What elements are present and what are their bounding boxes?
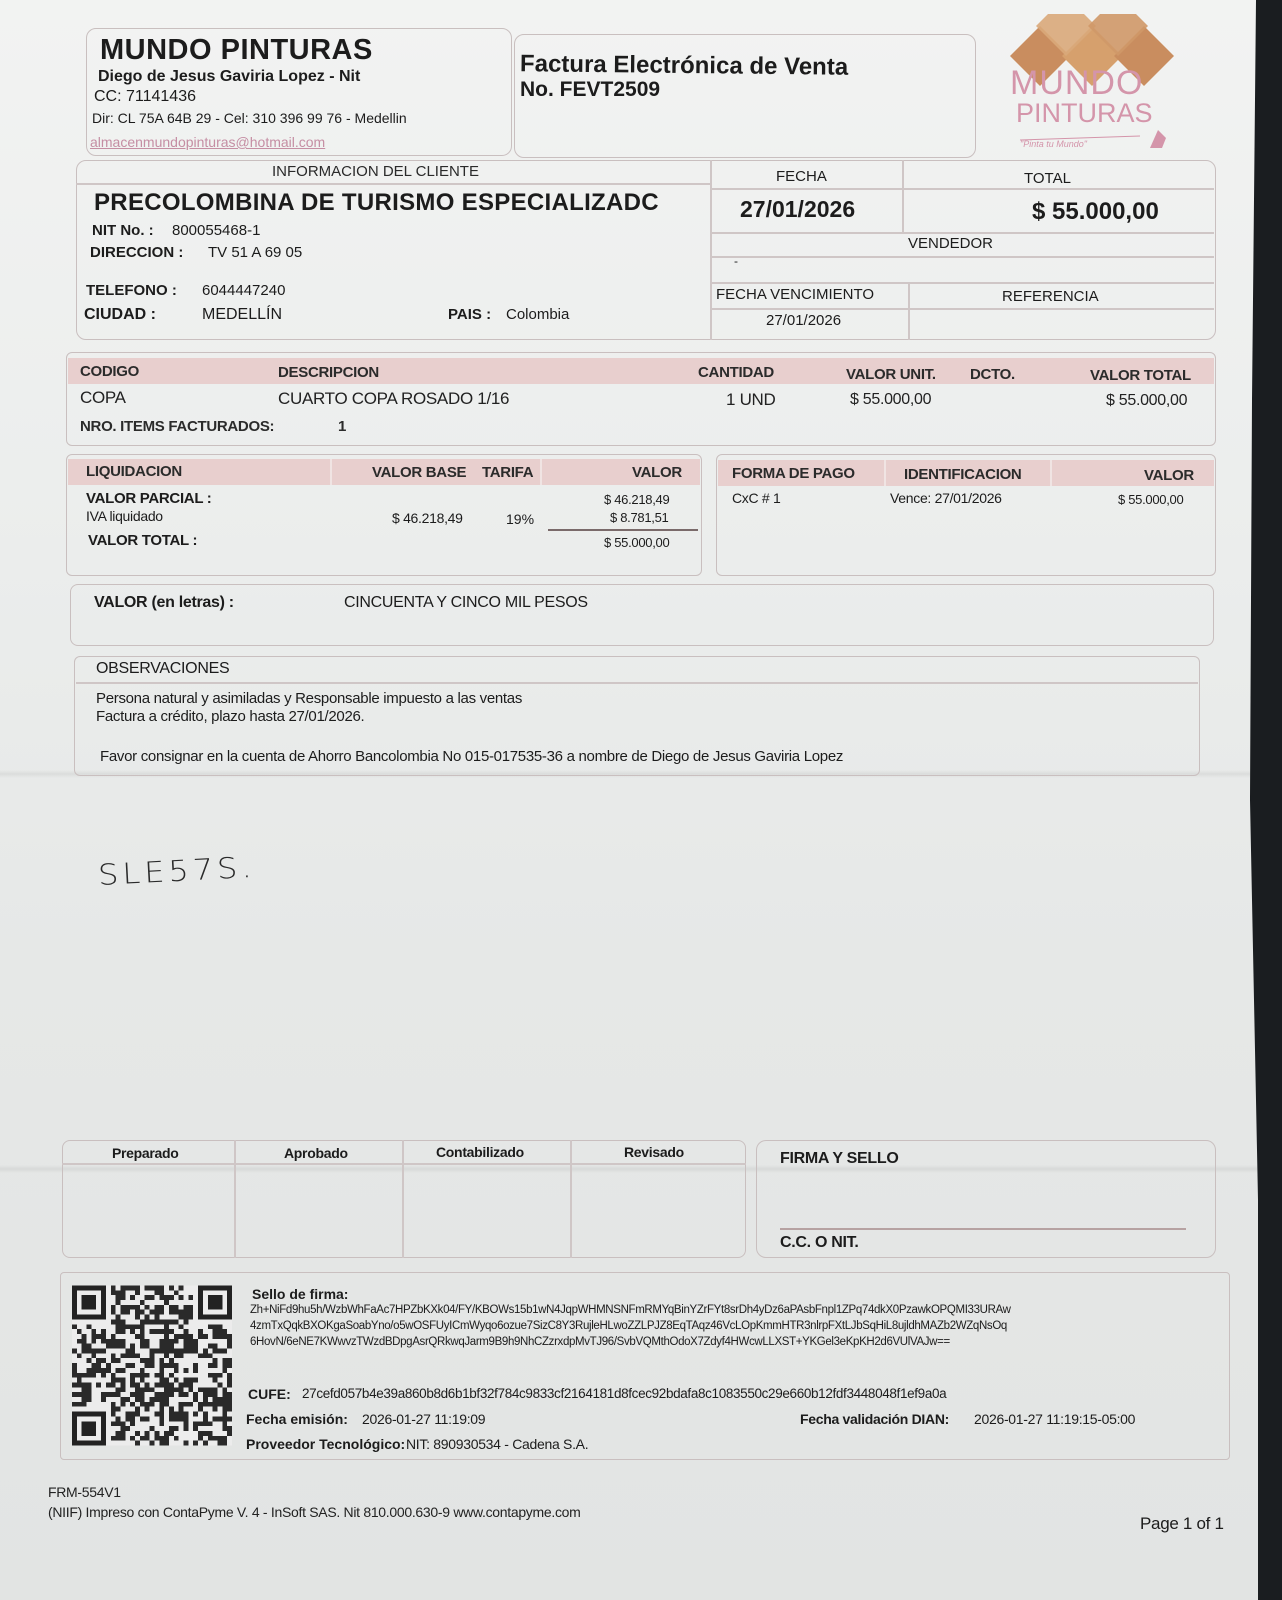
issuer-address: Dir: CL 75A 64B 29 - Cel: 310 396 99 76 …: [92, 110, 407, 126]
signature-label: FIRMA Y SELLO: [780, 1150, 898, 1168]
qr-code-icon: [72, 1283, 232, 1448]
payment-value: $ 55.000,00: [1118, 492, 1183, 507]
logo-tagline: "Pinta tu Mundo": [1020, 139, 1087, 149]
col-liquidacion: LIQUIDACION: [86, 463, 182, 480]
amount-words-box: [70, 584, 1214, 646]
item-description: CUARTO COPA ROSADO 1/16: [278, 389, 509, 409]
col-cantidad: CANTIDAD: [698, 364, 774, 381]
partial-value: $ 46.218,49: [604, 492, 669, 507]
company-name: MUNDO PINTURAS: [100, 34, 373, 67]
iva-value: $ 8.781,51: [610, 510, 668, 525]
observation-line-3: Favor consignar en la cuenta de Ahorro B…: [100, 748, 843, 765]
col-dcto: DCTO.: [970, 366, 1015, 383]
observation-line-1: Persona natural y asimiladas y Responsab…: [96, 690, 522, 707]
approval-revisado: Revisado: [624, 1144, 684, 1160]
approval-contabilizado: Contabilizado: [436, 1144, 524, 1160]
electronic-seal-box: [60, 1272, 1230, 1460]
observations-label: OBSERVACIONES: [96, 660, 229, 678]
partial-value-label: VALOR PARCIAL :: [86, 490, 212, 507]
seal-line-1: Zh+NiFd9hu5h/WzbWhFaAc7HPZbKXk04/FY/KBOW…: [250, 1304, 1011, 1316]
col-tarifa: TARIFA: [482, 464, 533, 481]
items-count: 1: [338, 418, 346, 435]
client-nit-label: NIT No. :: [92, 222, 154, 239]
items-count-label: NRO. ITEMS FACTURADOS:: [80, 418, 274, 435]
due-date-label: FECHA VENCIMIENTO: [716, 286, 874, 303]
issuer-owner: Diego de Jesus Gaviria Lopez - Nit: [98, 68, 360, 86]
iva-base: $ 46.218,49: [392, 510, 463, 526]
seal-label: Sello de firma:: [252, 1286, 348, 1302]
observation-line-2: Factura a crédito, plazo hasta 27/01/202…: [96, 708, 364, 725]
invoice-paper: MUNDO PINTURAS Diego de Jesus Gaviria Lo…: [0, 0, 1258, 1600]
col-identificacion: IDENTIFICACION: [904, 466, 1021, 483]
amount-words-value: CINCUENTA Y CINCO MIL PESOS: [344, 594, 588, 612]
client-address-label: DIRECCION :: [90, 244, 183, 261]
seal-line-3: 6HovN/6eNE7KWwvzTWzdBDpgAsrQRkwqJarm9B9h…: [250, 1336, 950, 1348]
issuer-email-link[interactable]: almacenmundopinturas@hotmail.com: [90, 134, 325, 150]
issuer-cc: CC: 71141436: [94, 88, 196, 106]
items-table-header: [68, 358, 1214, 384]
client-city-label: CIUDAD :: [84, 306, 156, 324]
item-code: COPA: [80, 388, 126, 408]
invoice-date: 27/01/2026: [740, 196, 855, 223]
client-name: PRECOLOMBINA DE TURISMO ESPECIALIZADC: [94, 189, 659, 217]
invoice-title: Factura Electrónica de Venta: [520, 50, 848, 81]
item-unit-price: $ 55.000,00: [850, 391, 931, 409]
iva-label: IVA liquidado: [86, 508, 163, 524]
seller-value: -: [734, 254, 738, 268]
printed-by: (NIIF) Impreso con ContaPyme V. 4 - InSo…: [48, 1504, 581, 1520]
provider-value: NIT: 890930534 - Cadena S.A.: [406, 1436, 588, 1452]
payment-id: Vence: 27/01/2026: [890, 490, 1002, 506]
payment-method: CxC # 1: [732, 490, 780, 506]
liquidation-total: $ 55.000,00: [604, 535, 669, 550]
amount-words-label: VALOR (en letras) :: [94, 594, 234, 612]
validation-label: Fecha validación DIAN:: [800, 1411, 949, 1427]
cufe-value: 27cefd057b4e39a860b8d6b1bf32f784c9833cf2…: [302, 1386, 946, 1401]
col-valor-total: VALOR TOTAL: [1090, 367, 1191, 384]
col-codigo: CODIGO: [80, 363, 139, 380]
col-payment-valor: VALOR: [1144, 467, 1194, 484]
client-country-label: PAIS :: [448, 306, 491, 323]
col-valor: VALOR: [632, 464, 682, 481]
reference-label: REFERENCIA: [1002, 288, 1099, 305]
client-nit: 800055468-1: [172, 222, 260, 239]
col-valor-base: VALOR BASE: [372, 464, 466, 481]
item-total: $ 55.000,00: [1106, 392, 1187, 410]
client-section-label: INFORMACION DEL CLIENTE: [272, 163, 479, 180]
invoice-total: $ 55.000,00: [1032, 198, 1159, 226]
liquidation-total-label: VALOR TOTAL :: [88, 532, 197, 549]
col-forma-de-pago: FORMA DE PAGO: [732, 465, 855, 482]
client-address: TV 51 A 69 05: [208, 244, 302, 261]
validation-date: 2026-01-27 11:19:15-05:00: [974, 1411, 1135, 1427]
date-label: FECHA: [776, 168, 827, 185]
form-code: FRM-554V1: [48, 1484, 121, 1500]
seller-label: VENDEDOR: [908, 235, 993, 252]
due-date: 27/01/2026: [766, 312, 841, 329]
invoice-number: No. FEVT2509: [520, 78, 660, 102]
client-country: Colombia: [506, 306, 569, 323]
col-valor-unit: VALOR UNIT.: [846, 366, 936, 383]
approval-preparado: Preparado: [112, 1145, 179, 1161]
client-phone: 6044447240: [202, 282, 285, 299]
emission-label: Fecha emisión:: [246, 1411, 348, 1427]
item-quantity: 1 UND: [726, 390, 776, 410]
client-city: MEDELLÍN: [202, 306, 282, 324]
seal-line-2: 4zmTxQqkBXOKgaSoabYno/o5wOSFUyICmWyqo6oz…: [250, 1320, 1007, 1332]
page-indicator: Page 1 of 1: [1140, 1514, 1224, 1534]
id-label: C.C. O NIT.: [780, 1234, 858, 1252]
iva-rate: 19%: [506, 511, 534, 527]
approval-aprobado: Aprobado: [284, 1145, 348, 1161]
provider-label: Proveedor Tecnológico:: [246, 1436, 405, 1452]
col-descripcion: DESCRIPCION: [278, 364, 379, 381]
handwritten-note: SLE57S.: [97, 850, 256, 892]
emission-date: 2026-01-27 11:19:09: [362, 1411, 485, 1427]
cufe-label: CUFE:: [248, 1386, 291, 1402]
logo-text-pinturas: PINTURAS: [1016, 98, 1153, 129]
total-label: TOTAL: [1024, 170, 1071, 187]
client-phone-label: TELEFONO :: [86, 282, 177, 299]
